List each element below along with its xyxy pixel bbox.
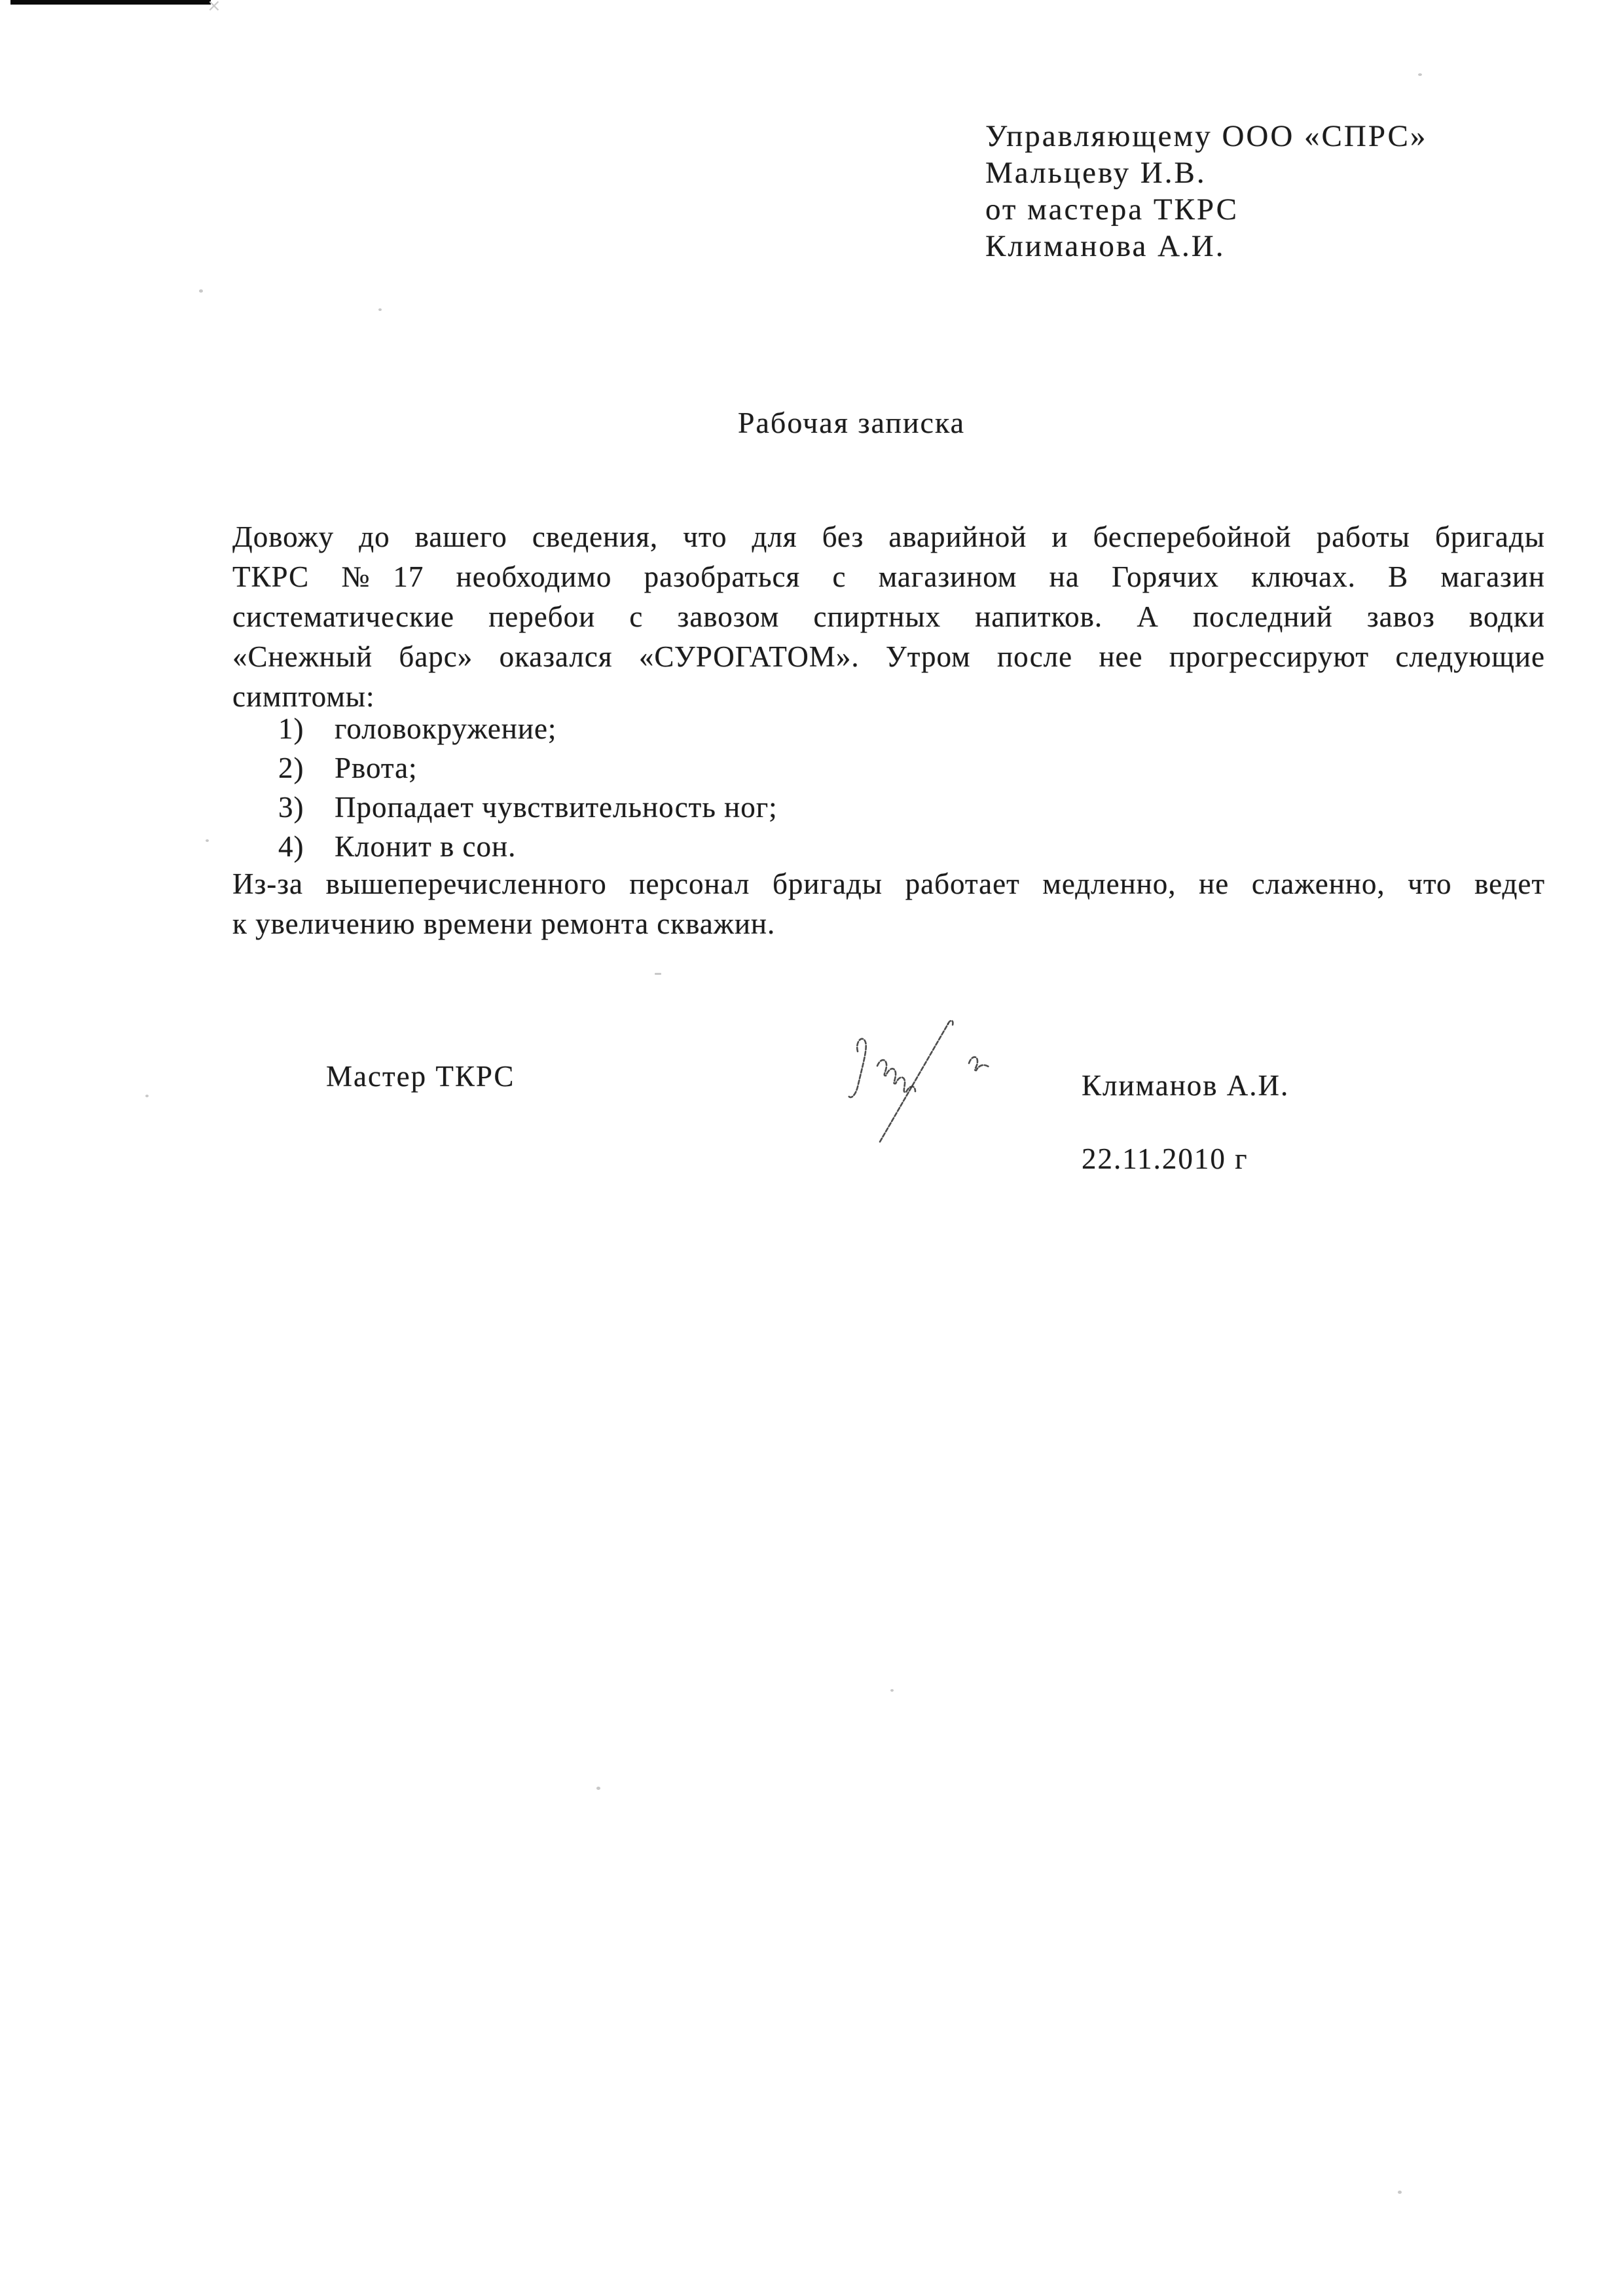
signer-role: Мастер ТКРС — [326, 1058, 515, 1095]
list-item-number: 3) — [278, 788, 335, 827]
body-paragraph-main: Довожу до вашего сведения, что для без а… — [232, 517, 1545, 717]
document-title: Рабочая записка — [195, 405, 1508, 441]
list-item-text: Клонит в сон. — [335, 830, 516, 863]
paragraph-line: систематические перебои с завозом спиртн… — [232, 597, 1545, 637]
paragraph-line: к увеличению времени ремонта скважин. — [232, 904, 1545, 944]
body-paragraph-closing: Из-за вышеперечисленного персонал бригад… — [232, 864, 1545, 944]
scanned-document-page: × Управляющему ООО «СПРС» Мальцеву И.В. … — [0, 0, 1623, 2296]
scan-speck — [1418, 73, 1422, 76]
list-item-number: 4) — [278, 827, 335, 866]
recipient-line: Мальцеву И.В. — [985, 155, 1529, 191]
symptom-list-item: 1)головокружение; — [278, 709, 1522, 748]
recipient-line: Управляющему ООО «СПРС» — [985, 118, 1529, 155]
list-item-text: Пропадает чувствительность ног; — [335, 791, 778, 824]
scan-speck — [206, 839, 209, 842]
scan-speck — [890, 1689, 894, 1692]
list-item-number: 1) — [278, 709, 335, 748]
scan-speck — [655, 973, 661, 975]
recipient-block: Управляющему ООО «СПРС» Мальцеву И.В. от… — [985, 118, 1529, 264]
scan-speck — [145, 1095, 149, 1097]
signature-date: 22.11.2010 г — [1082, 1140, 1249, 1177]
signature-stroke — [877, 1060, 915, 1092]
list-item-text: Рвота; — [335, 752, 418, 784]
list-item-number: 2) — [278, 748, 335, 788]
list-item-text: головокружение; — [335, 712, 556, 745]
scan-artifact-top-bar — [10, 0, 211, 5]
signature-stroke — [969, 1057, 989, 1070]
symptom-list: 1)головокружение; 2)Рвота; 3)Пропадает ч… — [278, 709, 1522, 866]
paragraph-line: ТКРС №17 необходимо разобраться с магази… — [232, 557, 1545, 597]
signer-name: Климанов А.И. — [1082, 1067, 1289, 1104]
recipient-line: от мастера ТКРС — [985, 191, 1529, 228]
signature-stroke — [880, 1024, 948, 1142]
paragraph-line: Из-за вышеперечисленного персонал бригад… — [232, 864, 1545, 904]
scan-speck — [1398, 2191, 1402, 2194]
signature-stroke — [848, 1039, 866, 1097]
paragraph-line: «Снежный барс» оказался «СУРОГАТОМ». Утр… — [232, 637, 1545, 677]
paragraph-line: Довожу до вашего сведения, что для без а… — [232, 517, 1545, 557]
handwritten-signature — [838, 1013, 1028, 1157]
scan-speck — [199, 289, 203, 293]
signature-stroke — [948, 1021, 953, 1025]
scan-speck — [596, 1787, 600, 1790]
symptom-list-item: 3)Пропадает чувствительность ног; — [278, 788, 1522, 827]
scan-speck — [378, 308, 382, 311]
scan-artifact-x-mark: × — [207, 0, 221, 16]
symptom-list-item: 4)Клонит в сон. — [278, 827, 1522, 866]
symptom-list-item: 2)Рвота; — [278, 748, 1522, 788]
recipient-line: Климанова А.И. — [985, 228, 1529, 264]
